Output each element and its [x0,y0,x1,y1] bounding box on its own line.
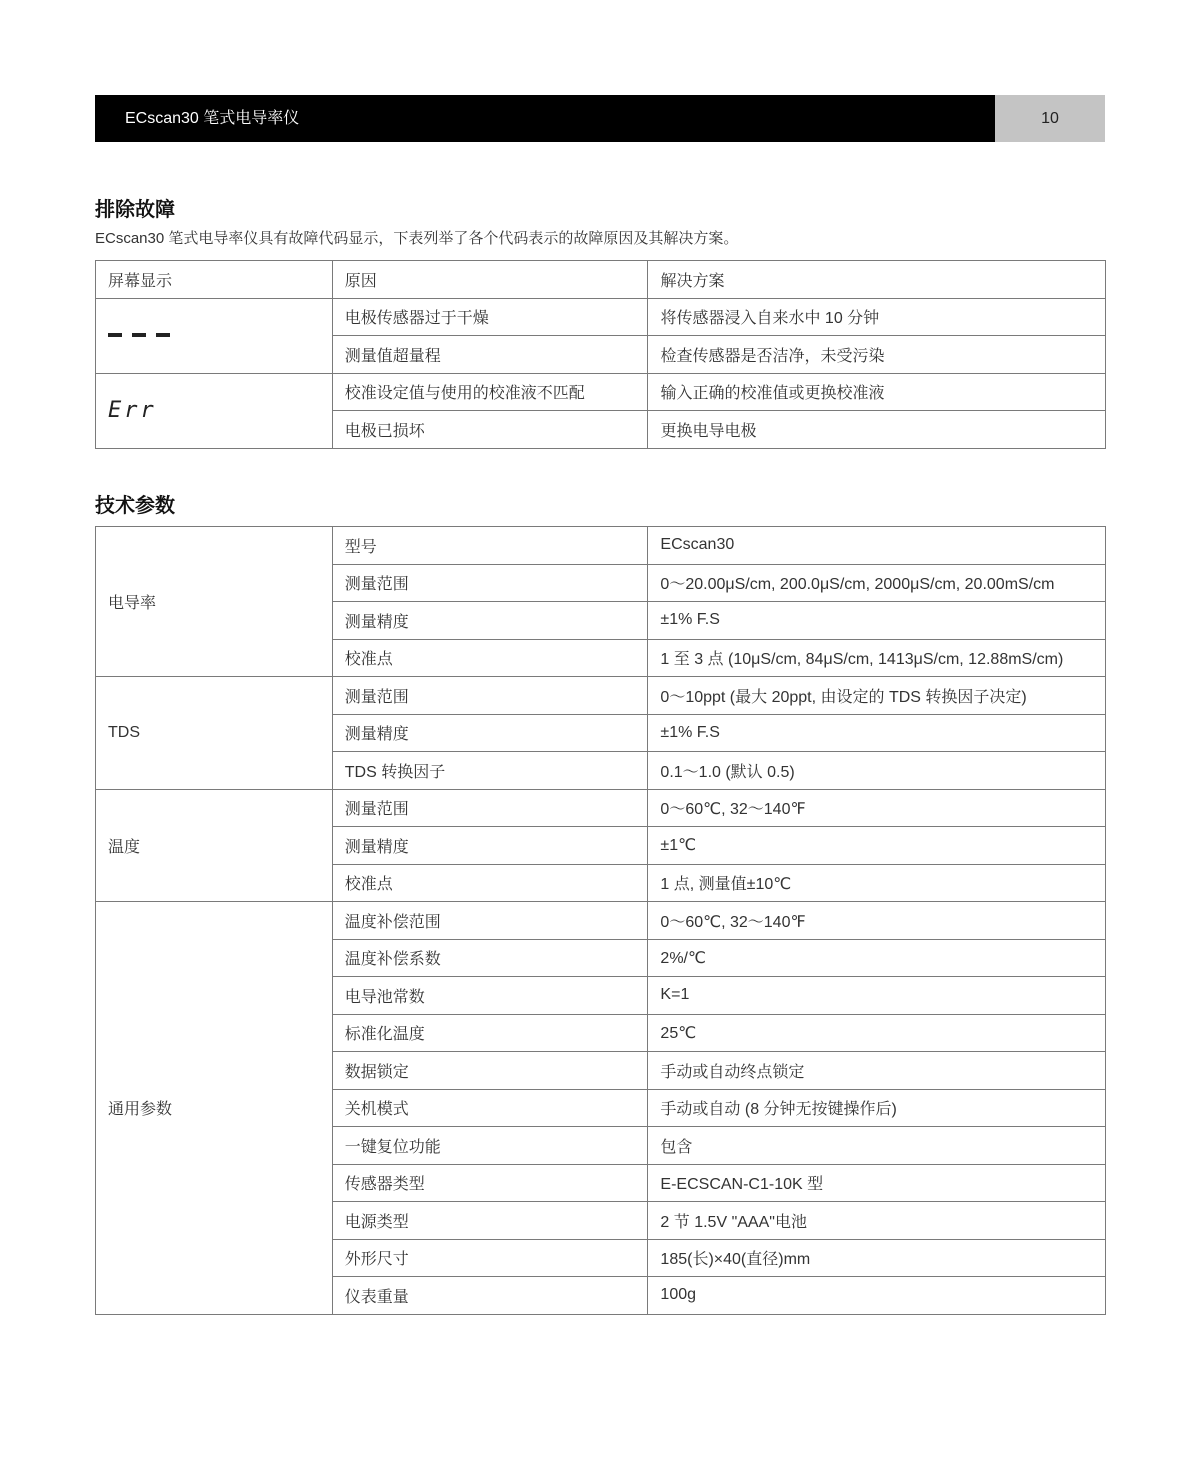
solution-cell: 检查传感器是否洁净，未受污染 [648,336,1106,374]
param-cell: 测量范围 [332,789,648,827]
lcd-dashes-icon [108,327,180,344]
troubleshooting-heading: 排除故障 [95,193,175,222]
lcd-display-cell [96,298,333,373]
param-cell: 校准点 [332,639,648,677]
value-cell: 2%/℃ [648,939,1106,977]
page-header: ECscan30 笔式电导率仪 10 [95,95,1105,142]
table-row: 温度 测量范围 0～60℃, 32～140℉ [96,789,1106,827]
value-cell: 0～20.00μS/cm, 200.0μS/cm, 2000μS/cm, 20.… [648,564,1106,602]
solution-cell: 输入正确的校准值或更换校准液 [648,373,1106,411]
cause-cell: 校准设定值与使用的校准液不匹配 [332,373,648,411]
value-cell: 包含 [648,1127,1106,1165]
value-cell: ±1% F.S [648,602,1106,640]
table-row: 电极传感器过于干燥 将传感器浸入自来水中 10 分钟 [96,298,1106,336]
value-cell: 25℃ [648,1014,1106,1052]
solution-cell: 更换电导电极 [648,411,1106,449]
value-cell: K=1 [648,977,1106,1015]
value-cell: 2 节 1.5V "AAA"电池 [648,1202,1106,1240]
param-cell: 测量精度 [332,602,648,640]
document-title: ECscan30 笔式电导率仪 [95,95,995,142]
param-cell: TDS 转换因子 [332,752,648,790]
param-cell: 温度补偿范围 [332,902,648,940]
param-cell: 测量范围 [332,677,648,715]
param-cell: 温度补偿系数 [332,939,648,977]
table-header-row: 屏幕显示 原因 解决方案 [96,261,1106,299]
table-row: 通用参数 温度补偿范围 0～60℃, 32～140℉ [96,902,1106,940]
value-cell: 0～10ppt (最大 20ppt, 由设定的 TDS 转换因子决定) [648,677,1106,715]
param-cell: 测量范围 [332,564,648,602]
value-cell: E-ECSCAN-C1-10K 型 [648,1164,1106,1202]
table-row: 电导率 型号 ECscan30 [96,527,1106,565]
value-cell: 1 至 3 点 (10μS/cm, 84μS/cm, 1413μS/cm, 12… [648,639,1106,677]
column-header-cause: 原因 [332,261,648,299]
value-cell: 0～60℃, 32～140℉ [648,789,1106,827]
table-row: Err 校准设定值与使用的校准液不匹配 输入正确的校准值或更换校准液 [96,373,1106,411]
value-cell: ±1% F.S [648,714,1106,752]
troubleshooting-intro: ECscan30 笔式电导率仪具有故障代码显示，下表列举了各个代码表示的故障原因… [95,227,738,248]
specs-table: 电导率 型号 ECscan30 测量范围 0～20.00μS/cm, 200.0… [95,526,1106,1315]
cause-cell: 测量值超量程 [332,336,648,374]
solution-cell: 将传感器浸入自来水中 10 分钟 [648,298,1106,336]
param-cell: 关机模式 [332,1089,648,1127]
param-cell: 外形尺寸 [332,1239,648,1277]
troubleshooting-table: 屏幕显示 原因 解决方案 电极传感器过于干燥 将传感器浸入自来水中 10 分钟 … [95,260,1106,449]
specs-heading: 技术参数 [95,489,175,518]
value-cell: 100g [648,1277,1106,1315]
page-number: 10 [995,95,1105,142]
value-cell: ECscan30 [648,527,1106,565]
value-cell: ±1℃ [648,827,1106,865]
param-cell: 电导池常数 [332,977,648,1015]
value-cell: 0～60℃, 32～140℉ [648,902,1106,940]
param-cell: 型号 [332,527,648,565]
value-cell: 手动或自动终点锁定 [648,1052,1106,1090]
category-cell: TDS [96,677,333,790]
category-cell: 温度 [96,789,333,902]
param-cell: 电源类型 [332,1202,648,1240]
value-cell: 0.1～1.0 (默认 0.5) [648,752,1106,790]
cause-cell: 电极传感器过于干燥 [332,298,648,336]
category-cell: 通用参数 [96,902,333,1315]
param-cell: 一键复位功能 [332,1127,648,1165]
value-cell: 185(长)×40(直径)mm [648,1239,1106,1277]
param-cell: 测量精度 [332,714,648,752]
lcd-display-cell: Err [96,373,333,448]
value-cell: 1 点, 测量值±10℃ [648,864,1106,902]
table-row: TDS 测量范围 0～10ppt (最大 20ppt, 由设定的 TDS 转换因… [96,677,1106,715]
param-cell: 仪表重量 [332,1277,648,1315]
column-header-display: 屏幕显示 [96,261,333,299]
column-header-solution: 解决方案 [648,261,1106,299]
param-cell: 测量精度 [332,827,648,865]
lcd-err-icon: Err [108,398,157,423]
param-cell: 校准点 [332,864,648,902]
category-cell: 电导率 [96,527,333,677]
cause-cell: 电极已损坏 [332,411,648,449]
param-cell: 标准化温度 [332,1014,648,1052]
value-cell: 手动或自动 (8 分钟无按键操作后) [648,1089,1106,1127]
param-cell: 传感器类型 [332,1164,648,1202]
param-cell: 数据锁定 [332,1052,648,1090]
